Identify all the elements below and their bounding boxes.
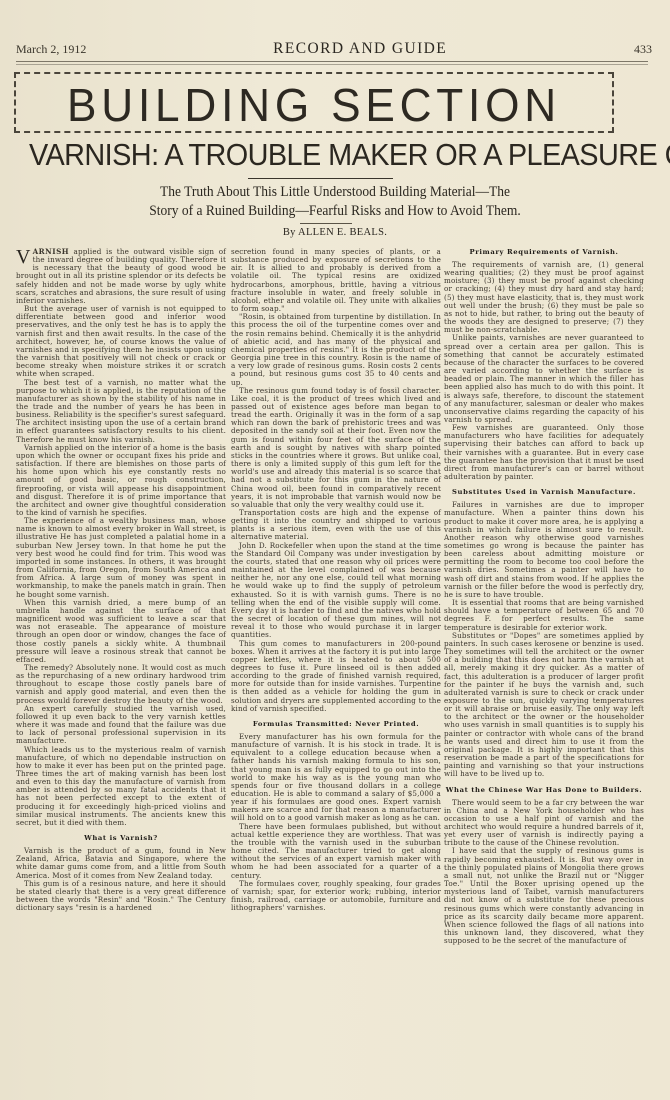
page-number: 433 — [634, 42, 652, 57]
paragraph: This gum comes to manufacturers in 200-p… — [231, 640, 441, 713]
article-column-1: VARNISH applied is the outward visible s… — [16, 248, 226, 912]
article-headline: VARNISH: A TROUBLE MAKER OR A PLEASURE G… — [29, 137, 639, 173]
subheading-chinese-war: What the Chinese War Has Done to Builder… — [444, 786, 644, 794]
article-column-2: secretion found in many species of plant… — [231, 248, 441, 912]
subheading-formulas: Formulas Transmitted: Never Printed. — [231, 720, 441, 728]
paragraph: The requirements of varnish are, (1) gen… — [444, 261, 644, 334]
subhead-line-2: Story of a Ruined Building—Fearful Risks… — [79, 202, 591, 221]
subheading-substitutes: Substitutes Used in Varnish Manufacture. — [444, 488, 644, 496]
paragraph: secretion found in many species of plant… — [231, 248, 441, 313]
paragraph: I have said that the supply of resinous … — [444, 847, 644, 945]
paragraph: Every manufacturer has his own formula f… — [231, 733, 441, 823]
paragraph: There have been formulaes published, but… — [231, 823, 441, 880]
article-column-3: Primary Requirements of Varnish. The req… — [444, 248, 644, 945]
paragraph: Varnish applied on the interior of a hom… — [16, 444, 226, 517]
drop-cap: V — [16, 249, 31, 265]
paragraph: The resinous gum found today is of fossi… — [231, 387, 441, 509]
paragraph: The experience of a wealthy business man… — [16, 517, 226, 599]
paragraph: Few varnishes are guaranteed. Only those… — [444, 424, 644, 481]
paragraph: But the average user of varnish is not e… — [16, 305, 226, 378]
subhead-line-1: The Truth About This Little Understood B… — [79, 183, 591, 202]
subheading-primary-requirements: Primary Requirements of Varnish. — [444, 248, 644, 256]
paragraph: The formulaes cover, roughly speaking, f… — [231, 880, 441, 913]
paragraph: When this varnish dried, a mere bump of … — [16, 599, 226, 664]
paragraph: It is essential that rooms that are bein… — [444, 599, 644, 632]
paragraph: VARNISH applied is the outward visible s… — [16, 248, 226, 305]
subhead-rule — [300, 223, 352, 224]
paragraph: An expert carefully studied the varnish … — [16, 705, 226, 746]
paragraph: Which leads us to the mysterious realm o… — [16, 746, 226, 828]
paragraph: The best test of a varnish, no matter wh… — [16, 379, 226, 444]
section-banner: BUILDING SECTION — [14, 72, 614, 133]
paragraph: John D. Rockefeller when upon the stand … — [231, 542, 441, 640]
paragraph: Failures in varnishes are due to imprope… — [444, 501, 644, 599]
paragraph: Varnish is the product of a gum, found i… — [16, 847, 226, 880]
subheading-what-is-varnish: What is Varnish? — [16, 834, 226, 842]
running-head: March 2, 1912 RECORD AND GUIDE 433 — [16, 40, 652, 62]
paragraph: Unlike paints, varnishes are never guara… — [444, 334, 644, 424]
paragraph: The remedy? Absolutely none. It would co… — [16, 664, 226, 705]
paragraph: This gum is of a resinous nature, and he… — [16, 880, 226, 913]
newspaper-page: March 2, 1912 RECORD AND GUIDE 433 BUILD… — [0, 0, 670, 1100]
paragraph: There would seem to be a far cry between… — [444, 799, 644, 848]
byline: By ALLEN E. BEALS. — [0, 227, 670, 238]
paragraph: Substitutes or "Dopes" are sometimes app… — [444, 632, 644, 779]
section-title: BUILDING SECTION — [28, 78, 600, 132]
header-rule — [16, 61, 648, 62]
paragraph: "Rosin, is obtained from turpentine by d… — [231, 313, 441, 386]
header-rule-secondary — [16, 64, 648, 65]
article-subhead: The Truth About This Little Understood B… — [79, 183, 591, 221]
paragraph: Transportation costs are high and the ex… — [231, 509, 441, 542]
issue-date: March 2, 1912 — [16, 42, 86, 57]
paragraph-text: applied is the outward visible sign of t… — [16, 247, 226, 305]
headline-rule — [248, 178, 393, 179]
publication-name: RECORD AND GUIDE — [273, 40, 447, 58]
